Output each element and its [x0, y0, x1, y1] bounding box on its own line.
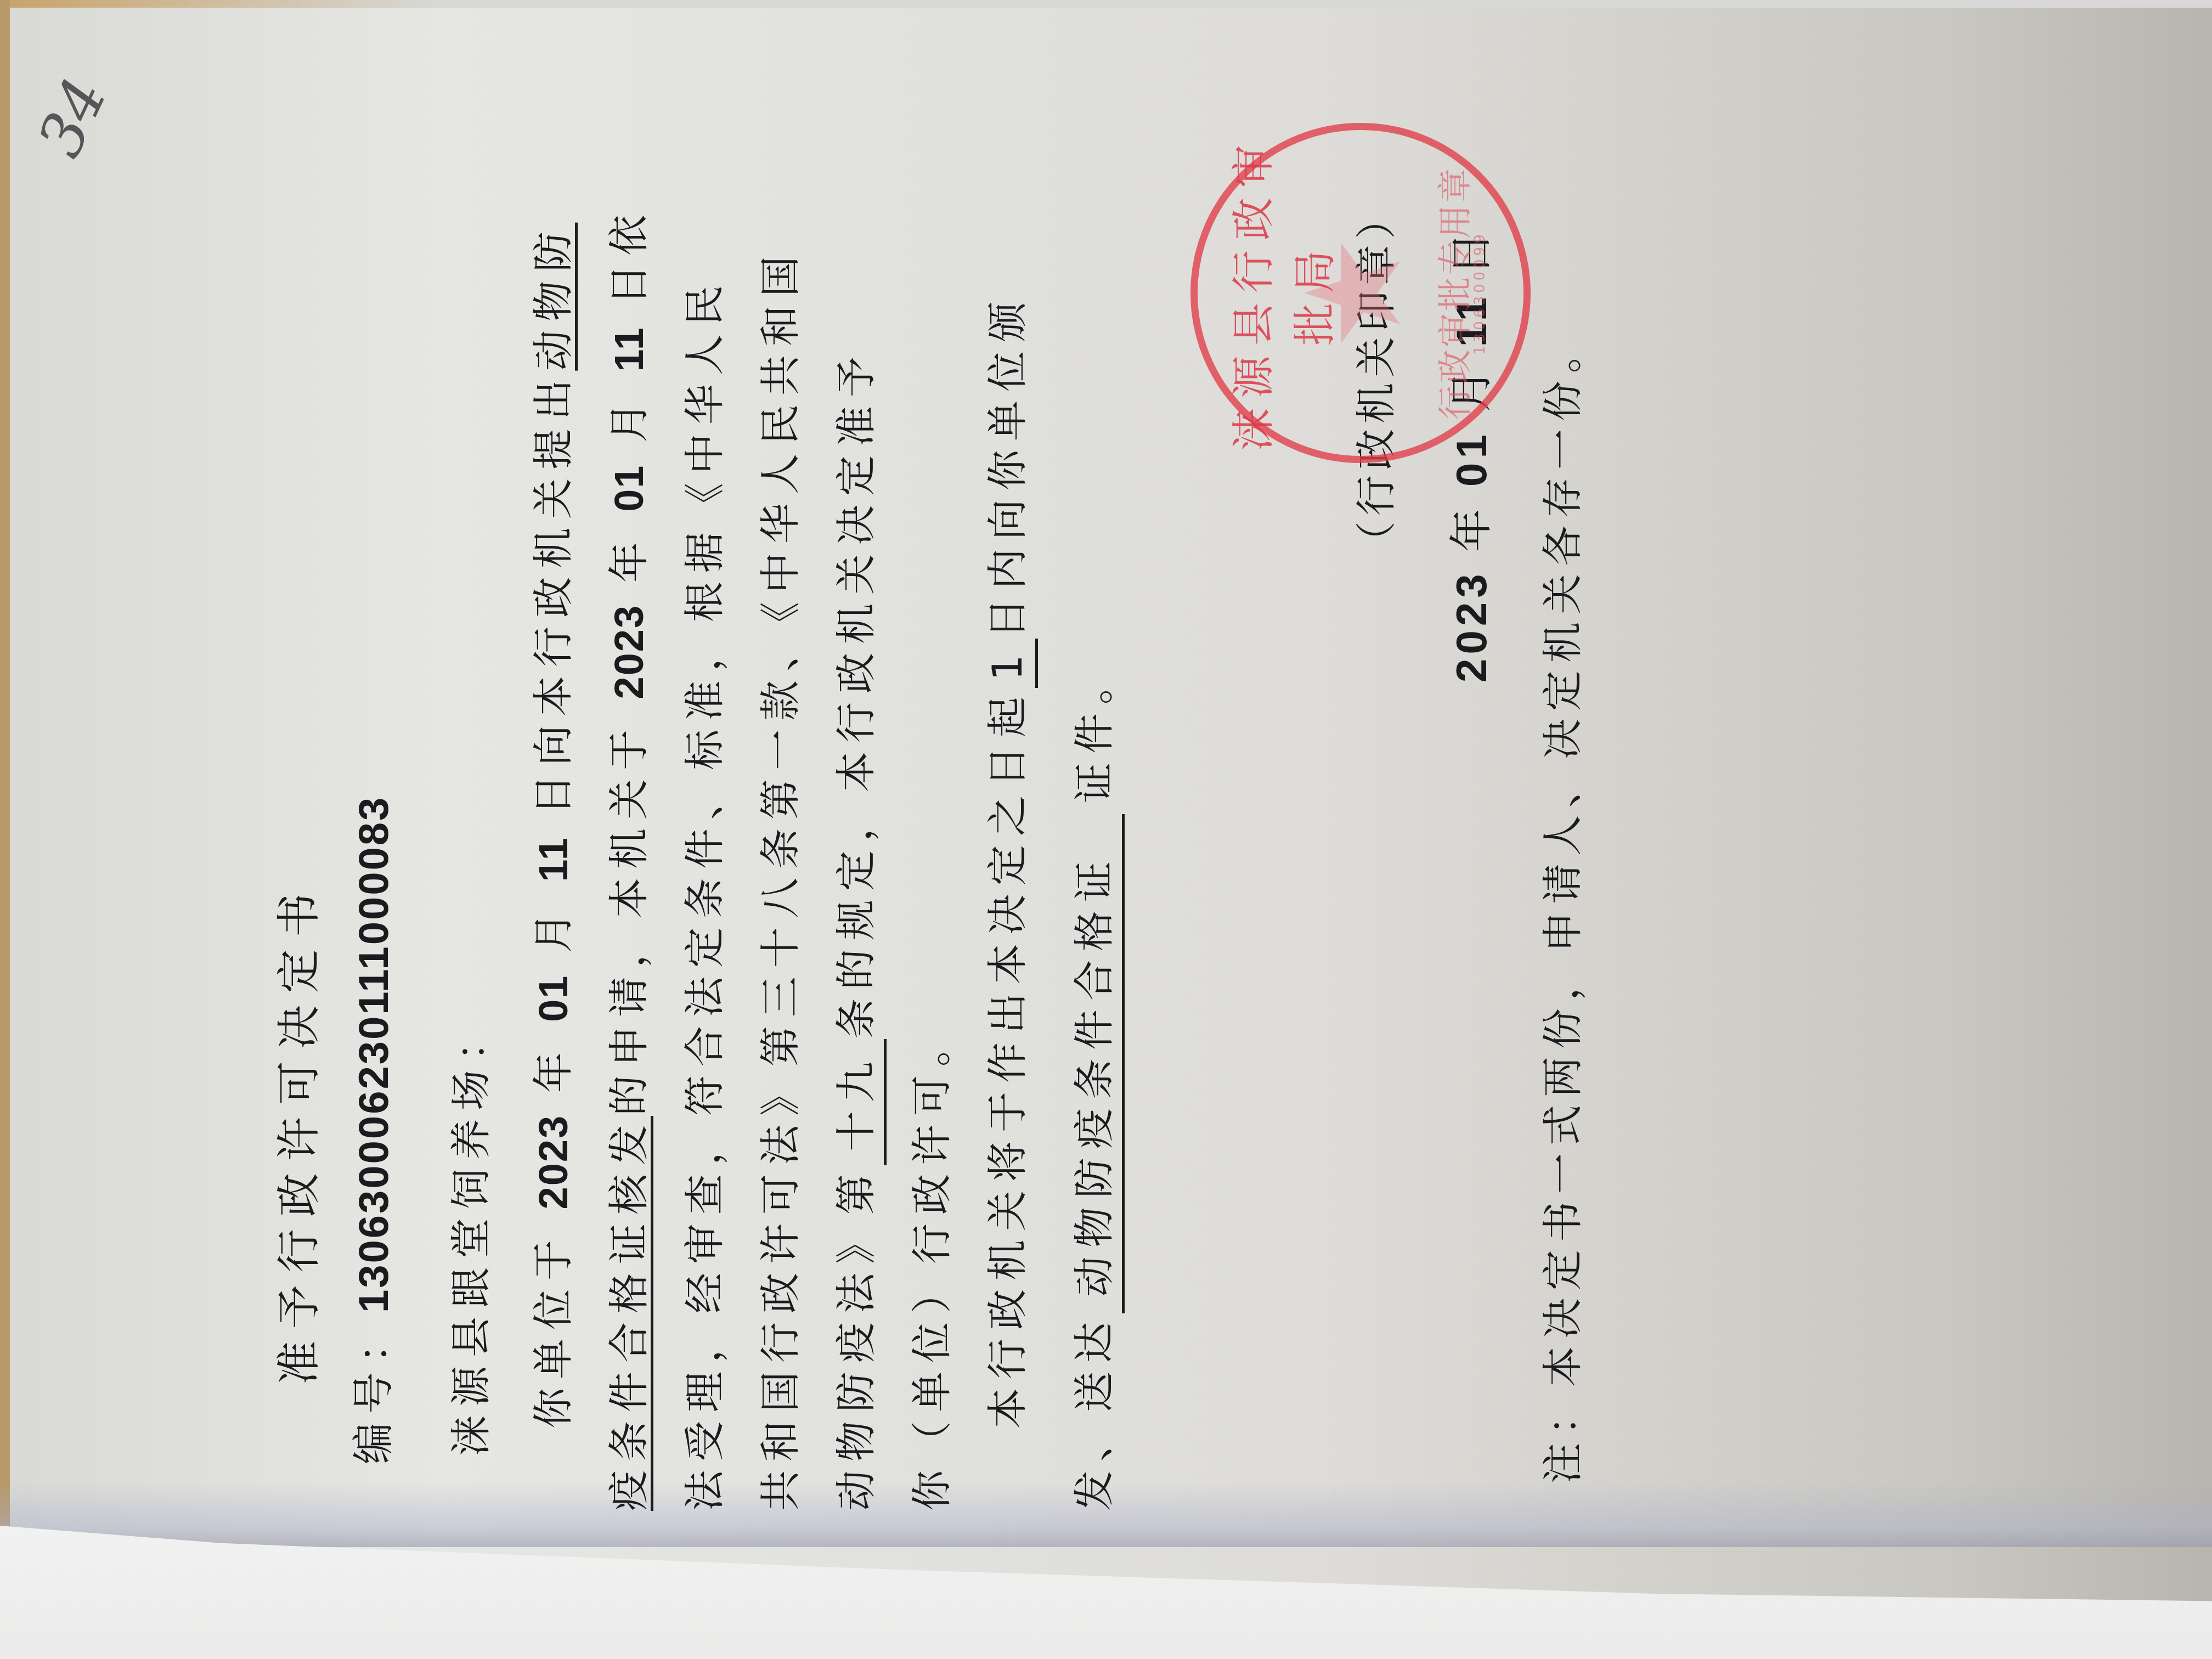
document-number-label: 编号： [349, 1313, 398, 1464]
article-number-blank: 十九 [829, 1039, 887, 1165]
paragraph-2-line-1: 本行政机关将于作出本决定之日起1日内向你单位颁 [970, 206, 1046, 1511]
days-blank: 1 [980, 639, 1038, 688]
paragraph-2-line-2: 发、送达动物防疫条件合格证证件。 [1057, 206, 1132, 1511]
document-body: 准予行政许可决定书 编号：130630006230111000083 涞源县跟堂… [0, 0, 2212, 1659]
paragraph-1: 你单位于 2023 年 01 月 11 日向本行政机关提出动物防 疫条件合格证核… [516, 206, 1132, 1511]
footnote: 注：本决定书一式两份，申请人、决定机关各存一份。 [1531, 325, 1589, 1483]
seal-code: 1306300099 [1472, 130, 1488, 456]
official-seal: ★ 涞源县行政审批局 行政审批专用章 1306300099 [1190, 123, 1531, 463]
document-number: 编号：130630006230111000083 [340, 796, 400, 1464]
paragraph-1-line-2: 疫条件合格证核发的申请，本机关于 2023 年 01 月 11 日依 [591, 206, 667, 1511]
seal-inner-text: 行政审批专用章 [1428, 130, 1477, 456]
paragraph-1-line-1: 你单位于 2023 年 01 月 11 日向本行政机关提出动物防 [516, 206, 591, 1511]
paragraph-1-line-6: 你（单位）行政许可。 [894, 206, 970, 1511]
addressee: 涞源县跟堂饲养场： [439, 1012, 497, 1456]
seal-outer-text: 涞源县行政审批局 [1220, 130, 1342, 456]
paragraph-1-line-3: 法受理，经审查，符合法定条件、标准，根据《中华人民 [667, 206, 743, 1511]
certificate-name-blank: 动物防疫条件合格证 [1067, 814, 1125, 1313]
document-title: 准予行政许可决定书 [263, 881, 326, 1385]
document-number-value: 130630006230111000083 [351, 796, 397, 1313]
paragraph-1-line-5: 动物防疫法》第十九条的规定，本行政机关决定准予 [819, 206, 894, 1511]
paragraph-1-line-4: 共和国行政许可法》第三十八条第一款、《中华人民共和国 [743, 206, 819, 1511]
